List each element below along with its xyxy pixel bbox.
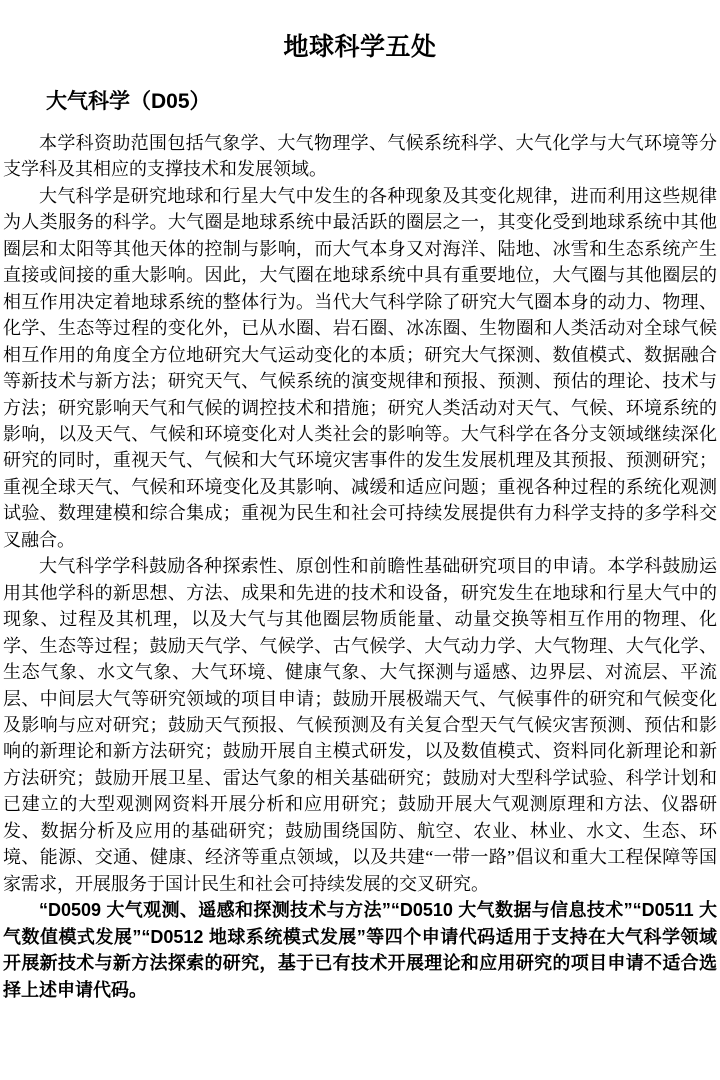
document-page: 地球科学五处 大气科学（D05） 本学科资助范围包括气象学、大气物理学、气候系统… [0,0,720,1080]
paragraph-funding-scope: 本学科资助范围包括气象学、大气物理学、气候系统科学、大气化学与大气环境等分支学科… [3,130,717,183]
paragraph-discipline-overview: 大气科学是研究地球和行星大气中发生的各种现象及其变化规律，进而利用这些规律为人类… [3,183,717,553]
paragraph-encouraged-research: 大气科学学科鼓励各种探索性、原创性和前瞻性基础研究项目的申请。本学科鼓励运用其他… [3,553,717,897]
paragraph-application-codes-note: “D0509 大气观测、遥感和探测技术与方法”“D0510 大气数据与信息技术”… [3,897,717,1003]
section-heading: 大气科学（D05） [46,89,211,115]
document-body: 本学科资助范围包括气象学、大气物理学、气候系统科学、大气化学与大气环境等分支学科… [3,130,717,1003]
document-title: 地球科学五处 [0,32,720,62]
